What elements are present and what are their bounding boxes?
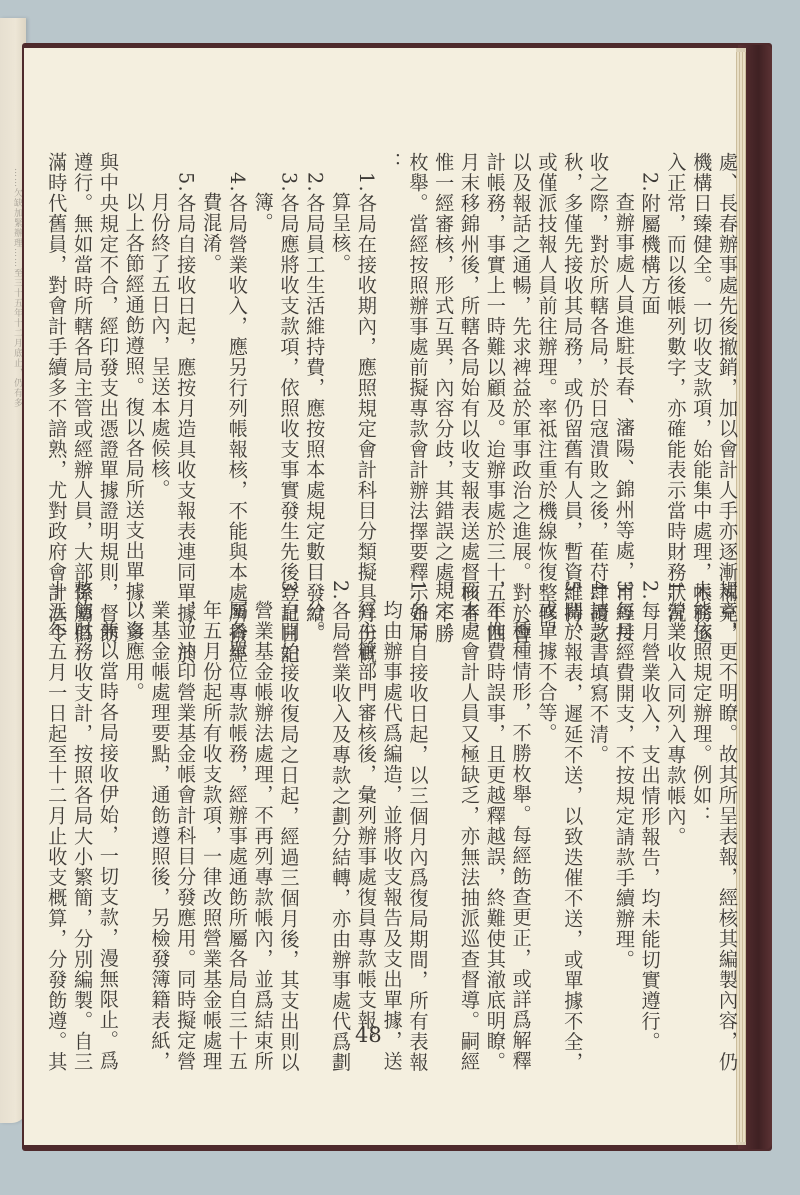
text-line: 3.每月經費開支，不按規定請款手續辦理。 bbox=[611, 580, 637, 1000]
text-line: 2.各局營業收入及專款之劃分結轉，亦由辦事處代爲劃 bbox=[327, 580, 353, 1000]
text-line: 業基金帳處理要點，通飭遵照後，另檢發簿籍表紙， bbox=[147, 580, 173, 1000]
text-line: 遵行。無如當時所轄各局主管或經辦人員，大部係屬僞 bbox=[69, 152, 95, 572]
text-line: 以資應用。 bbox=[121, 580, 147, 1000]
text-line: 以及報話之通暢，先求裨益於軍事政治之進展。對於會 bbox=[508, 152, 534, 572]
text-line: 查辦事處人員進駐長春、瀋陽、錦州等處，甫經接 bbox=[611, 152, 637, 572]
text-line: 月末移錦州後，所轄各局始有以收支報表送處督核者， bbox=[456, 152, 482, 572]
text-line: 分。 bbox=[301, 580, 327, 1000]
text-line: 屬各單位專款帳務，經辦事處通飭所屬各局自三十五 bbox=[224, 580, 250, 1000]
text-line: 枚舉。當經按照辦事處前擬專款會計辦法擇要釋示如下 bbox=[405, 152, 431, 572]
text-line: 滿時代舊員，對會計手續多不諳熟，尤對政府會計法令 bbox=[43, 152, 69, 572]
facing-page-text-fragment: ……欠缺加緊辦理……至三十五年十二月底止，仍有多 bbox=[2, 168, 22, 948]
text-line: 種種情形，不勝枚舉。每經飭查更正，或詳爲解釋 bbox=[508, 580, 534, 1000]
text-line: 秋，多僅先接收其局務，或仍留舊有人員，暫資維持， bbox=[559, 152, 585, 572]
text-line: 規定： bbox=[430, 580, 456, 1000]
text-line: 2.各局員工生活維持費，應按照本處規定數目發給。 bbox=[301, 152, 327, 572]
text-line: 以上各節經通飭遵照。復以各局所送支出單據，多 bbox=[121, 152, 147, 572]
text-line: 處、長春辦事處先後撤銷，加以會計人手亦逐漸補充， bbox=[714, 152, 740, 572]
text-line: 簿。 bbox=[250, 152, 276, 572]
top-text-section: 處、長春辦事處先後撤銷，加以會計人手亦逐漸補充，機構日臻健全。一切收支款項，始能… bbox=[60, 152, 740, 572]
page-number: 48 bbox=[355, 1023, 382, 1047]
text-line: 營業基金帳辦法處理，不再列專款帳內，並爲結束所 bbox=[250, 580, 276, 1000]
text-line: 5.關於報表，遲延不送，以致迭催不送，或單據不全， bbox=[559, 580, 585, 1000]
text-line: 1.各局在接收期內，應照規定會計科目分類擬具月份概 bbox=[353, 152, 379, 572]
text-line: 4.請款書填寫不清。 bbox=[585, 580, 611, 1000]
text-line: 年五月份起所有收支款項，一律改照營業基金帳處理 bbox=[198, 580, 224, 1000]
text-line: 月份終了五日內，呈送本處候核。 bbox=[147, 152, 173, 572]
text-line: ，並油印營業基金帳會計科目分發應用。同時擬定營 bbox=[172, 580, 198, 1000]
text-line: 2.附屬機構方面 bbox=[637, 152, 663, 572]
text-line: 1.各局自接收日起，以三個月內爲復局期間，所有表報 bbox=[405, 580, 431, 1000]
text-line: 惟一經審核，形式互異，內容分歧，其錯誤之處，不勝 bbox=[430, 152, 456, 572]
text-line: 整飭財務收支計，按照各局大小繁簡，分別編製。自三 bbox=[69, 580, 95, 1000]
text-line: 或單據不合等。 bbox=[534, 580, 560, 1000]
text-line: 計帳務，事實上一時難以顧及。迨辦事處於三十五年四 bbox=[482, 152, 508, 572]
text-line: 4.各局營業收入，應另行列帳報核，不能與本處所撥經 bbox=[224, 152, 250, 572]
text-line: 入正常，而以後帳列數字，亦確能表示當時財務狀況。 bbox=[663, 152, 689, 572]
text-line: ： bbox=[379, 152, 405, 572]
text-line: 而本處會計人員又極缺乏，亦無法抽派巡查督導。嗣經 bbox=[456, 580, 482, 1000]
text-line: 未能依照規定辦理。例如： bbox=[688, 580, 714, 1000]
text-line: 收之際，對於所轄各局，於日寇潰敗之後，萑苻肆擾之 bbox=[585, 152, 611, 572]
text-line: ，不惟費時誤事，且更越釋越誤，終難使其澈底明瞭。 bbox=[482, 580, 508, 1000]
text-line: 均由辦事處代爲編造，並將收支報告及支出單據，送 bbox=[379, 580, 405, 1000]
text-line: 經主管部門審核後，彙列辦事處復員專款帳支報。 bbox=[353, 580, 379, 1000]
bottom-text-section: 規章，更不明瞭。故其所呈表報，經核其編製內容，仍未能依照規定辦理。例如：1.營業… bbox=[60, 580, 740, 1000]
text-line: 與中央規定不合，經印發支出憑證單據證明規則，督飭 bbox=[95, 152, 121, 572]
text-line: 規章，更不明瞭。故其所呈表報，經核其編製內容，仍 bbox=[714, 580, 740, 1000]
text-line: 5.各局自接收日起，應按月造具收支報表連同單據，於 bbox=[172, 152, 198, 572]
text-line: 2.每月營業收入，支出情形報告，均未能切實遵行。 bbox=[637, 580, 663, 1000]
text-line: 機構日臻健全。一切收支款項，始能集中處理，帳務逐 bbox=[688, 152, 714, 572]
text-line: 算呈核。 bbox=[327, 152, 353, 572]
text-line: 1.營業收入同列入專款帳內。 bbox=[663, 580, 689, 1000]
text-line: 兼以當時各局接收伊始，一切支款，漫無限止。爲 bbox=[95, 580, 121, 1000]
text-line: 費混淆。 bbox=[198, 152, 224, 572]
text-line: 3.自開始接收復局之日起，經過三個月後，其支出則以 bbox=[276, 580, 302, 1000]
text-line: 3.各局應將收支款項，依照收支事實發生先後登記日記 bbox=[276, 152, 302, 572]
text-line: 或僅派技報人員前往辦理。率祗注重於機線恢復整修， bbox=[534, 152, 560, 572]
text-line: 十五年五月一日起至十二月止收支概算，分發飭遵。其 bbox=[43, 580, 69, 1000]
